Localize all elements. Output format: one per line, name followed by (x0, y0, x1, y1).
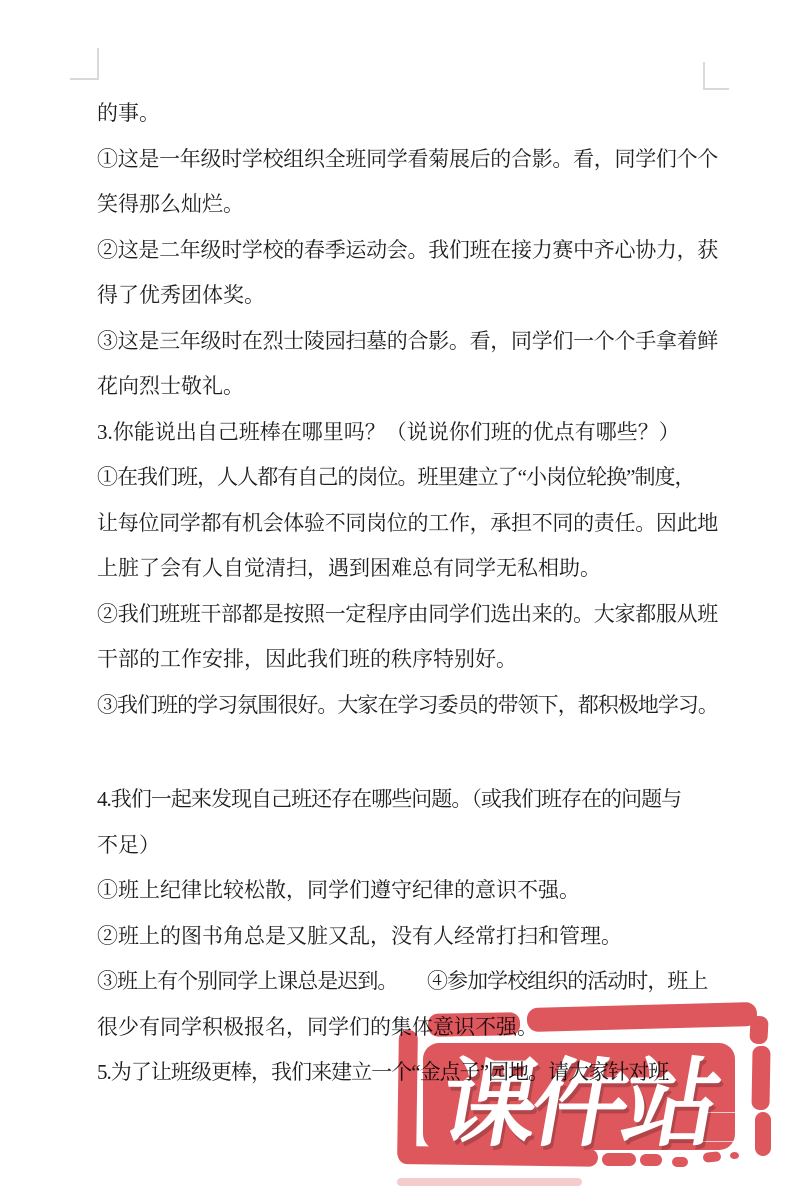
stamp-faded-stroke (397, 1178, 582, 1186)
document-body: 的事。①这是一年级时学校组织全班同学看菊展后的合影。看，同学们个个笑得那么灿烂。… (97, 91, 718, 1096)
text-line: ③这是三年级时在烈士陵园扫墓的合影。看，同学们一个个手拿着鲜 (97, 319, 718, 365)
stamp-ghost-rectangle (700, 1112, 740, 1142)
text-line: 不足） (97, 823, 718, 869)
text-boundary-corner-topright-icon (703, 62, 705, 90)
stamp-border-bottom-stroke (602, 1153, 636, 1166)
text-line: ①在我们班，人人都有自己的岗位。班里建立了“小岗位轮换”制度， (97, 455, 718, 501)
stamp-border-right-stroke (751, 1046, 770, 1110)
text-boundary-corner-topright-icon (703, 88, 729, 90)
text-line: 让每位同学都有机会体验不同岗位的工作，承担不同的责任。因此地 (97, 501, 718, 547)
stamp-border-right-stroke (749, 1016, 768, 1045)
text-line: 4.我们一起来发现自己班还存在哪些问题。（或我们班存在的问题与 (97, 777, 718, 823)
text-line: ③班上有个别同学上课总是迟到。 ④参加学校组织的活动时，班上 (97, 959, 718, 1005)
text-line: ①这是一年级时学校组织全班同学看菊展后的合影。看，同学们个个 (97, 137, 718, 183)
stamp-border-right-stroke (755, 1112, 771, 1156)
text-line: 的事。 (97, 91, 718, 137)
text-line: 5.为了让班级更棒，我们来建立一个“金点子”园地。请大家针对班 (97, 1050, 718, 1096)
text-boundary-corner-topleft-icon (70, 78, 99, 80)
text-line: 得了优秀团体奖。 (97, 273, 718, 319)
text-line: ②这是二年级时学校的春季运动会。我们班在接力赛中齐心协力，获 (97, 228, 718, 274)
text-line: ②我们班班干部都是按照一定程序由同学们选出来的。大家都服从班 (97, 592, 718, 638)
text-line: 很少有同学积极报名，同学们的集体意识不强。 (97, 1005, 718, 1051)
text-line: 笑得那么灿烂。 (97, 182, 718, 228)
stamp-border-bottom-dot (730, 1152, 739, 1159)
text-line: 3.你能说出自己班棒在哪里吗？（说说你们班的优点有哪些？） (97, 410, 718, 456)
text-line: ③我们班的学习氛围很好。大家在学习委员的带领下，都积极地学习。 (97, 683, 718, 729)
stamp-border-bottom-stroke (640, 1154, 662, 1166)
stamp-border-bottom-stroke (398, 1146, 598, 1167)
text-line: 干部的工作安排，因此我们班的秩序特别好。 (97, 637, 718, 683)
text-line: ①班上纪律比较松散，同学们遵守纪律的意识不强。 (97, 868, 718, 914)
text-line: 上脏了会有人自觉清扫，遇到困难总有同学无私相助。 (97, 546, 718, 592)
text-line: 花向烈士敬礼。 (97, 364, 718, 410)
text-boundary-corner-topleft-icon (97, 48, 99, 80)
text-line: ②班上的图书角总是又脏又乱，没有人经常打扫和管理。 (97, 914, 718, 960)
blank-line (97, 728, 718, 777)
stamp-border-bottom-dot (703, 1151, 722, 1163)
stamp-border-bottom-dot (672, 1157, 688, 1167)
